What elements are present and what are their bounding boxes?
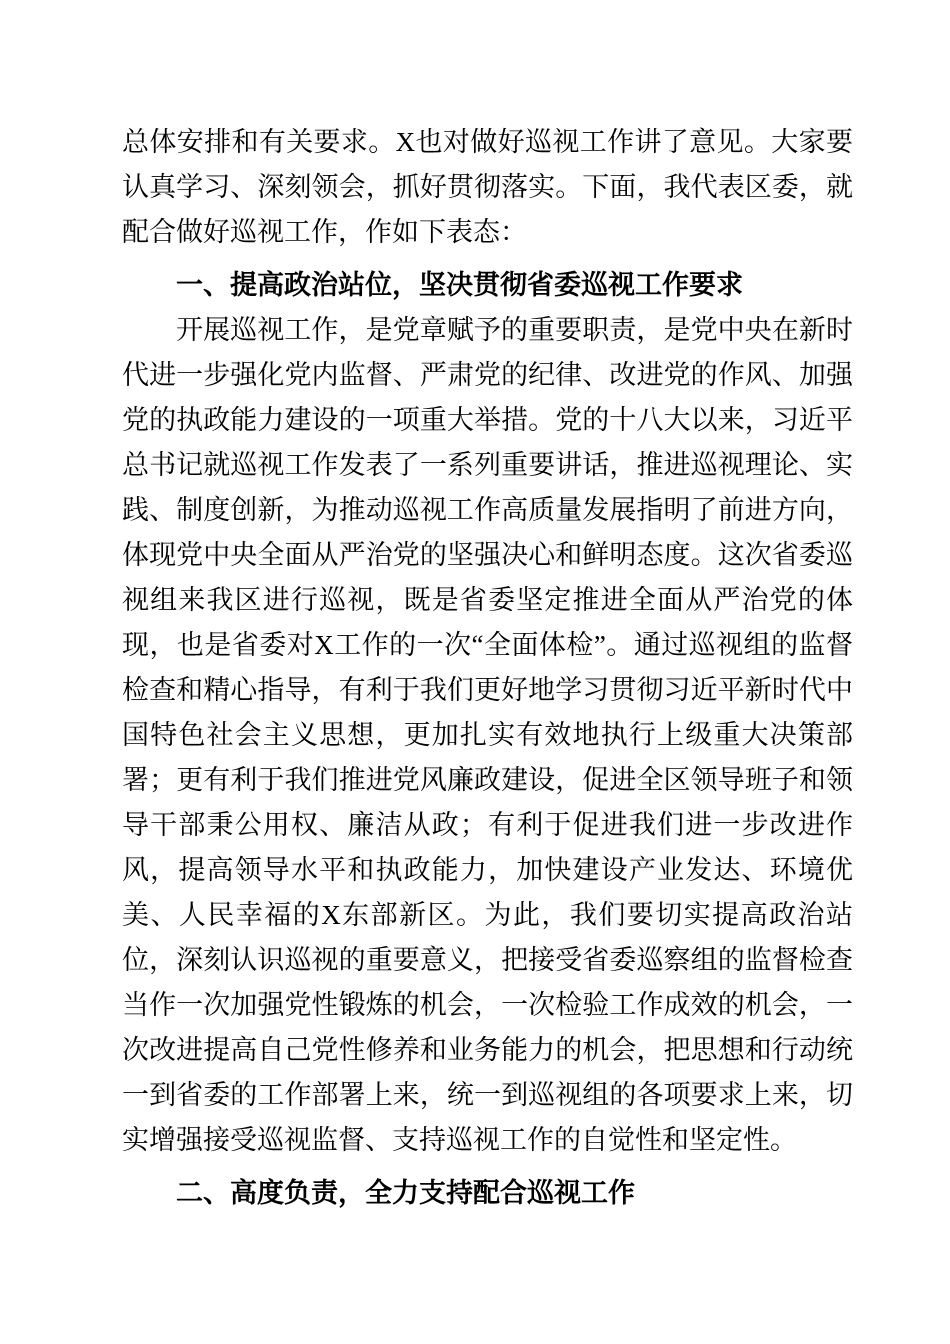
- section-heading-1: 一、提高政治站位，坚决贯彻省委巡视工作要求: [122, 263, 853, 308]
- section-heading-2: 二、高度负责，全力支持配合巡视工作: [122, 1171, 853, 1216]
- document-page: 总体安排和有关要求。X也对做好巡视工作讲了意见。大家要认真学习、深刻领会，抓好贯…: [0, 0, 950, 1344]
- document-body: 总体安排和有关要求。X也对做好巡视工作讲了意见。大家要认真学习、深刻领会，抓好贯…: [122, 120, 853, 1216]
- body-paragraph: 开展巡视工作，是党章赋予的重要职责，是党中央在新时代进一步强化党内监督、严肃党的…: [122, 308, 853, 1163]
- paragraph-continuation: 总体安排和有关要求。X也对做好巡视工作讲了意见。大家要认真学习、深刻领会，抓好贯…: [122, 120, 853, 255]
